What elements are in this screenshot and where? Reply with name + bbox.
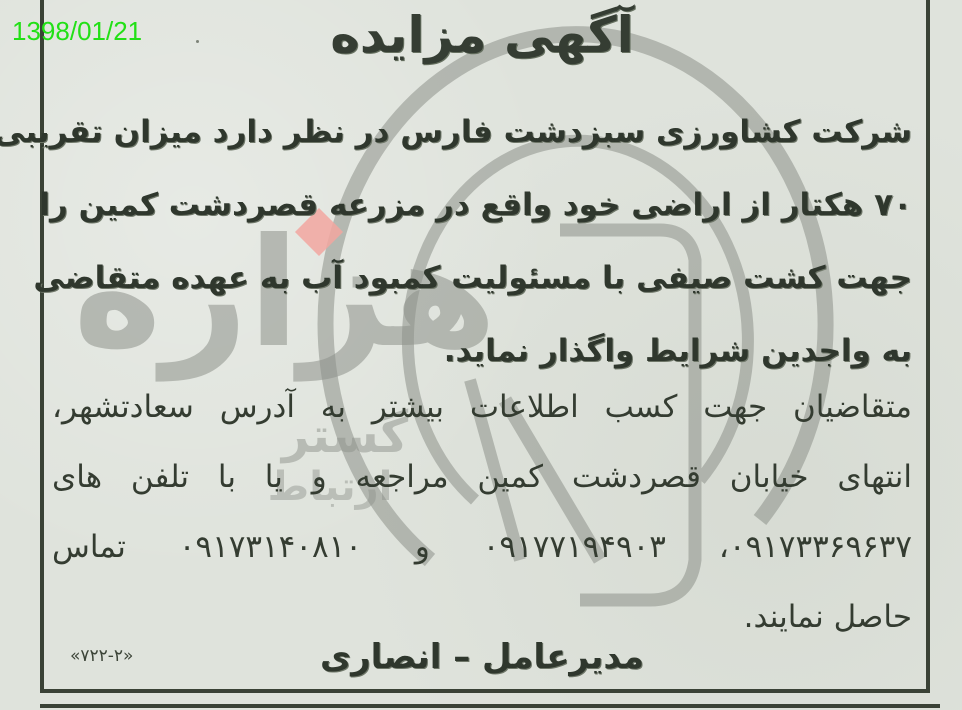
- paragraph-2-line: متقاضیان جهت کسب اطلاعات بیشتر به آدرس س…: [52, 372, 912, 442]
- next-ad-border-line: [40, 704, 940, 708]
- ad-content: آگهی مزایده شرکت کشاورزی سبزدشت فارس در …: [52, 0, 912, 690]
- date-stamp: 1398/01/21: [12, 16, 142, 47]
- ad-paragraph-1: شرکت کشاورزی سبزدشت فارس در نظر دارد میز…: [52, 96, 912, 388]
- ad-reference-code: «۷۲۲-۲»: [70, 646, 133, 666]
- ad-paragraph-2: متقاضیان جهت کسب اطلاعات بیشتر به آدرس س…: [52, 372, 912, 652]
- paragraph-2-phones-line: ۰۹۱۷۳۳۶۹۶۳۷، ۰۹۱۷۷۱۹۴۹۰۳ و ۰۹۱۷۳۱۴۰۸۱۰ ت…: [52, 512, 912, 582]
- paragraph-1-line: جهت کشت صیفی با مسئولیت کمبود آب به عهده…: [52, 242, 912, 315]
- paragraph-1-line: شرکت کشاورزی سبزدشت فارس در نظر دارد میز…: [52, 96, 912, 169]
- paragraph-1-line: ۷۰ هکتار از اراضی خود واقع در مزرعه قصرد…: [52, 169, 912, 242]
- ad-title: آگهی مزایده: [52, 2, 912, 68]
- paragraph-2-line: انتهای خیابان قصردشت کمین مراجعه و یا با…: [52, 442, 912, 512]
- ad-signature: مدیرعامل – انصاری: [52, 632, 912, 682]
